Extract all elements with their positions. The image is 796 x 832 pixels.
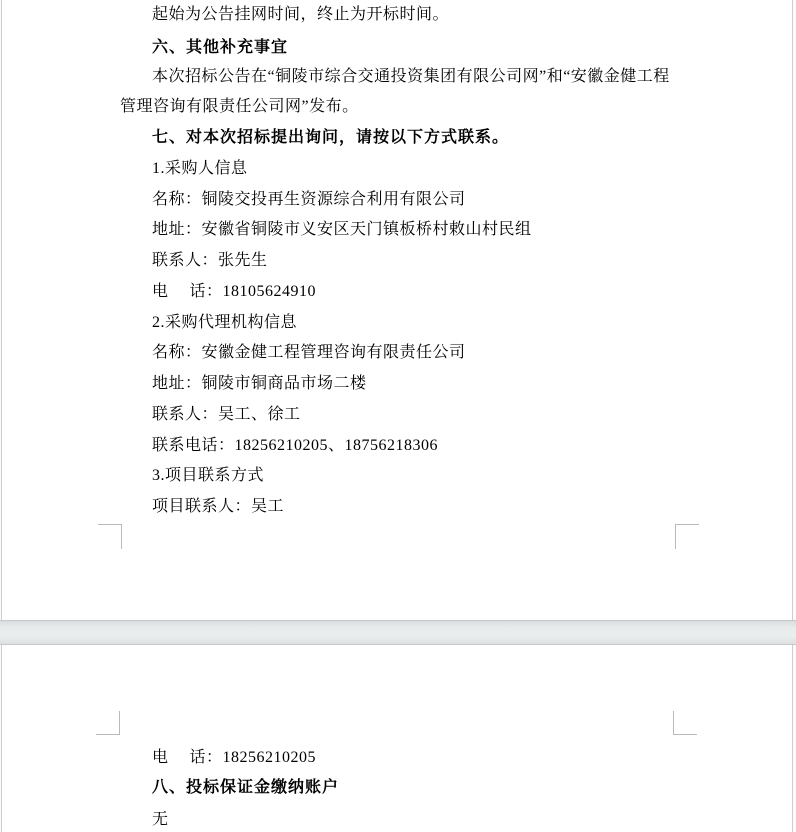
document-heading[interactable]: 八、投标保证金缴纳账户 <box>152 778 339 797</box>
document-line[interactable]: 项目联系人：吴工 <box>152 497 284 516</box>
document-heading[interactable]: 六、其他补充事宜 <box>152 38 288 57</box>
document-line[interactable]: 电 话：18105624910 <box>152 282 316 301</box>
document-line[interactable]: 名称：铜陵交投再生资源综合利用有限公司 <box>152 190 466 209</box>
document-page-1[interactable] <box>1 0 793 620</box>
document-line[interactable]: 管理咨询有限责任公司网”发布。 <box>120 97 359 116</box>
margin-corner-mark <box>675 524 699 549</box>
margin-corner-mark <box>98 524 122 549</box>
page-break-gap <box>0 620 796 645</box>
document-line[interactable]: 无 <box>152 810 169 829</box>
margin-corner-mark <box>96 711 120 735</box>
document-line[interactable]: 3.项目联系方式 <box>152 466 264 485</box>
document-line[interactable]: 1.采购人信息 <box>152 159 248 178</box>
document-heading[interactable]: 七、对本次招标提出询问，请按以下方式联系。 <box>152 128 509 147</box>
document-page-2[interactable] <box>1 645 793 832</box>
document-line[interactable]: 地址：铜陵市铜商品市场二楼 <box>152 374 367 393</box>
margin-corner-mark <box>673 711 697 735</box>
document-line[interactable]: 电 话：18256210205 <box>152 748 316 767</box>
document-line[interactable]: 起始为公告挂网时间，终止为开标时间。 <box>152 5 449 24</box>
document-line[interactable]: 2.采购代理机构信息 <box>152 313 297 332</box>
document-line[interactable]: 本次招标公告在“铜陵市综合交通投资集团有限公司网”和“安徽金健工程 <box>152 67 670 86</box>
document-line[interactable]: 地址：安徽省铜陵市义安区天门镇板桥村敕山村民组 <box>152 220 532 239</box>
document-line[interactable]: 联系电话：18256210205、18756218306 <box>152 436 438 455</box>
document-line[interactable]: 联系人：张先生 <box>152 251 268 270</box>
document-line[interactable]: 名称：安徽金健工程管理咨询有限责任公司 <box>152 343 466 362</box>
document-viewer: 起始为公告挂网时间，终止为开标时间。 六、其他补充事宜 本次招标公告在“铜陵市综… <box>0 0 796 832</box>
document-line[interactable]: 联系人：吴工、徐工 <box>152 405 301 424</box>
